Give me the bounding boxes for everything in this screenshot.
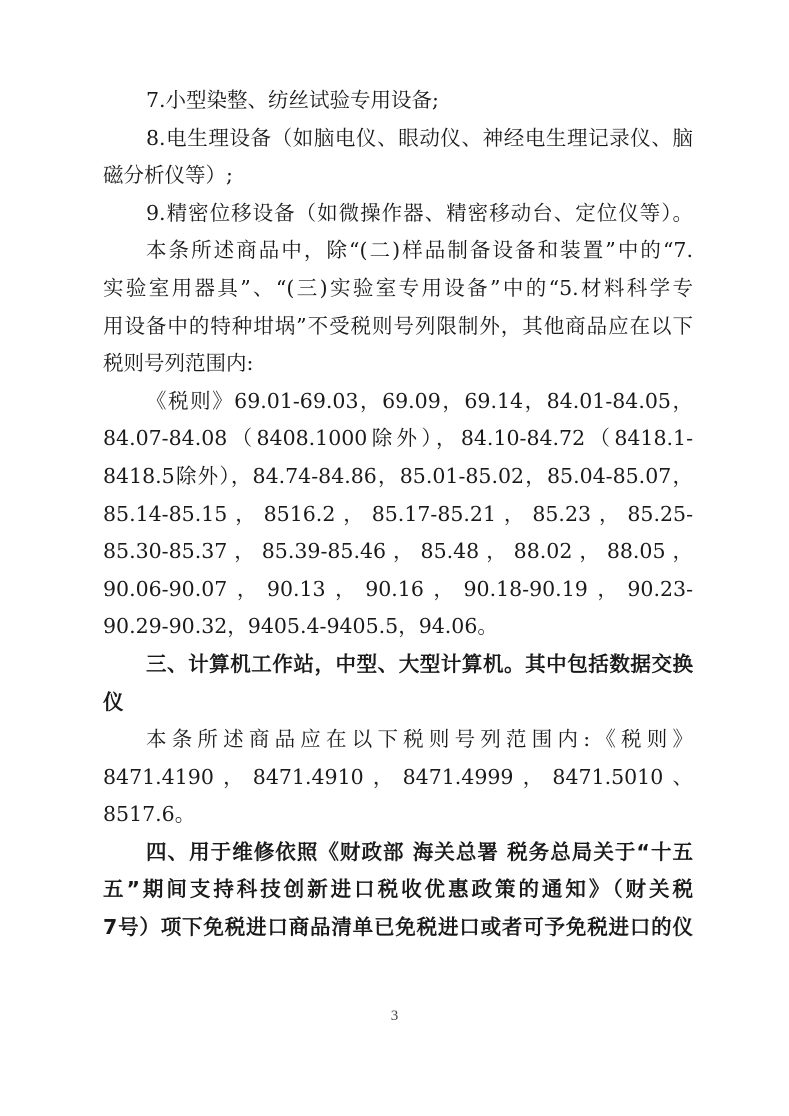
tariff-list-line-7: 90.29-90.32，9405.4-9405.5，94.06。 — [103, 608, 693, 646]
paragraph-exclusion-line-1: 本条所述商品中，除“(二)样品制备设备和装置”中的“7. — [103, 232, 693, 270]
tariff-list-line-1: 《税则》69.01-69.03，69.09，69.14，84.01-84.05， — [103, 383, 693, 421]
list-item-9: 9.精密位移设备（如微操作器、精密移动台、定位仪等）。 — [103, 195, 693, 233]
section-3-tariff-line-2: 8471.4190，8471.4910，8471.4999，8471.5010、… — [103, 759, 693, 797]
paragraph-exclusion-line-4: 税则号列范围内: — [103, 345, 693, 383]
section-4-heading-line-3: 7号）项下免税进口商品清单已免税进口或者可予免税进口的仪 — [103, 909, 693, 947]
tariff-list-line-3: 8418.5除外），84.74-84.86，85.01-85.02，85.04-… — [103, 458, 693, 496]
list-item-7: 7.小型染整、纺丝试验专用设备; — [103, 82, 693, 120]
section-3-tariff-line-3: 8517.6。 — [103, 796, 693, 834]
section-3-heading-line-1: 三、计算机工作站，中型、大型计算机。其中包括数据交换 — [103, 646, 693, 684]
section-3-tariff-line-1: 本条所述商品应在以下税则号列范围内:《税则》8471.4110， — [103, 721, 693, 759]
list-item-8-line-1: 8.电生理设备（如脑电仪、眼动仪、神经电生理记录仪、脑 — [103, 120, 693, 158]
tariff-list-line-2: 84.07-84.08（8408.1000除外），84.10-84.72（841… — [103, 420, 693, 458]
tariff-list-line-4: 85.14-85.15，8516.2，85.17-85.21，85.23，85.… — [103, 496, 693, 534]
document-page: 7.小型染整、纺丝试验专用设备; 8.电生理设备（如脑电仪、眼动仪、神经电生理记… — [0, 0, 789, 1116]
tariff-list-line-5: 85.30-85.37，85.39-85.46，85.48，88.02，88.0… — [103, 533, 693, 571]
paragraph-exclusion-line-3: 用设备中的特种坩埚”不受税则号列限制外，其他商品应在以下 — [103, 308, 693, 346]
document-body: 7.小型染整、纺丝试验专用设备; 8.电生理设备（如脑电仪、眼动仪、神经电生理记… — [103, 82, 693, 947]
page-number: 3 — [0, 1008, 789, 1025]
list-item-8-line-2: 磁分析仪等）; — [103, 157, 693, 195]
section-4-heading-line-1: 四、用于维修依照《财政部 海关总署 税务总局关于“十五 — [103, 834, 693, 872]
tariff-list-line-6: 90.06-90.07，90.13，90.16，90.18-90.19，90.2… — [103, 571, 693, 609]
paragraph-exclusion-line-2: 实验室用器具”、“(三)实验室专用设备”中的“5.材料科学专 — [103, 270, 693, 308]
section-3-heading-line-2: 仪 — [103, 684, 693, 722]
section-4-heading-line-2: 五”期间支持科技创新进口税收优惠政策的通知》（财关税〔2026〕 — [103, 871, 693, 909]
